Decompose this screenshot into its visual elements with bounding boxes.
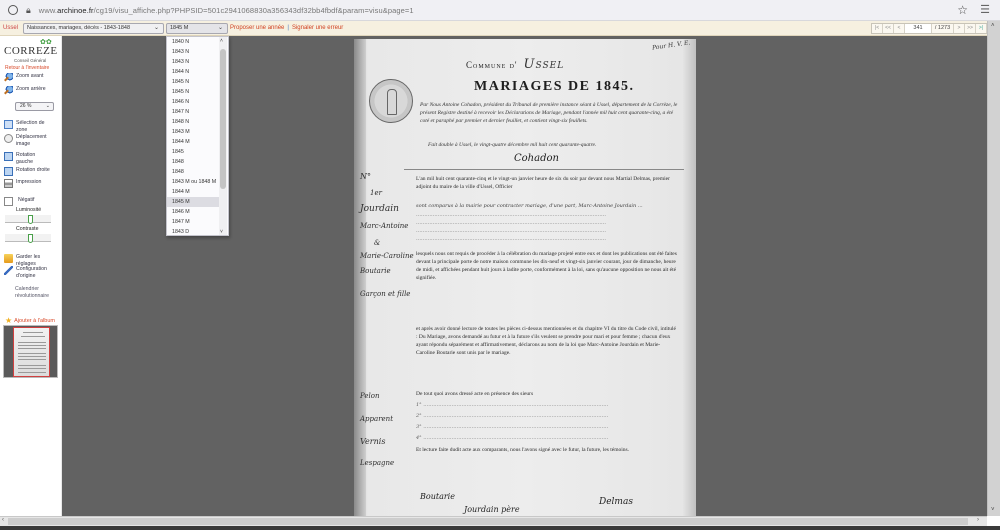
year-option[interactable]: 1848 <box>167 157 220 167</box>
year-option[interactable]: 1844 N <box>167 67 220 77</box>
zoom-out-button[interactable]: Zoom arrière <box>4 86 46 95</box>
fonds-select[interactable]: Naissances, mariages, décès - 1843-1848 … <box>23 23 164 34</box>
negative-toggle[interactable]: Négatif <box>4 197 34 206</box>
zoom-in-button[interactable]: Zoom avant <box>4 73 43 82</box>
taskbar-strip <box>0 526 1000 530</box>
fast-forward-button[interactable]: >> <box>965 24 976 33</box>
year-option[interactable]: 1843 D <box>167 227 220 236</box>
next-page-button[interactable]: > <box>954 24 965 33</box>
brightness-slider-handle[interactable] <box>28 215 33 224</box>
hand-move-icon <box>4 134 13 143</box>
year-option[interactable]: 1845 N <box>167 77 220 87</box>
page-total: / 1273 <box>932 24 954 33</box>
page-thumbnail[interactable] <box>3 325 58 378</box>
scanned-register-page: Pour H. V. E. Commune d'Ussel MARIAGES D… <box>354 39 696 516</box>
rotate-right-icon <box>4 167 13 176</box>
year-select-value: 1845 M <box>170 25 188 31</box>
zoom-level-select[interactable]: 26 % ⌄ <box>15 102 54 111</box>
rotate-left-icon <box>4 152 13 161</box>
margin-note: Boutarie <box>360 267 391 275</box>
year-option[interactable]: 1847 M <box>167 217 220 227</box>
year-option[interactable]: 1844 M <box>167 137 220 147</box>
fonds-select-value: Naissances, mariages, décès - 1843-1848 <box>27 25 130 31</box>
year-option[interactable]: 1845 N <box>167 87 220 97</box>
negative-label: Négatif <box>18 197 34 204</box>
add-to-album-button[interactable]: ★ Ajouter à l'album <box>5 316 55 325</box>
chevron-down-icon: ⌄ <box>46 103 50 110</box>
bottom-signature: Delmas <box>599 497 633 507</box>
margin-note: Jourdain <box>360 204 399 214</box>
dropdown-scrollbar[interactable]: ˄ ˅ <box>219 37 227 236</box>
year-select[interactable]: 1845 M ⌄ <box>166 23 228 34</box>
brightness-slider[interactable] <box>5 215 51 223</box>
brightness-label: Luminosité <box>16 207 41 213</box>
done-at-line: Fait double à Ussel, le vingt-quatre déc… <box>428 141 678 149</box>
commune-name: Ussel <box>524 57 565 72</box>
chevron-up-icon[interactable]: ˄ <box>220 38 223 44</box>
margin-note: Marc-Antoine <box>360 222 408 230</box>
prev-page-button[interactable]: < <box>894 24 905 33</box>
zoom-in-label: Zoom avant <box>16 73 43 80</box>
act-line: Et lecture faite dudit acte aux comparan… <box>416 446 678 454</box>
browser-address-bar: 🔒︎ www.archinoe.fr/cg19/visu_affiche.php… <box>0 0 1000 21</box>
checkbox[interactable] <box>4 197 13 206</box>
margin-note: & <box>374 239 380 247</box>
bookmark-star-icon[interactable]: ☆ <box>957 3 968 17</box>
chevron-down-icon[interactable]: ˅ <box>220 229 223 235</box>
witness-signature: Vernis <box>360 437 385 446</box>
commune-label: Ussel <box>3 25 18 31</box>
year-option[interactable]: 1848 <box>167 167 220 177</box>
propose-year-link[interactable]: Proposer une année <box>230 25 284 31</box>
year-option[interactable]: 1847 N <box>167 107 220 117</box>
reset-config-button[interactable]: Configuration d'origine <box>4 266 56 279</box>
last-page-button[interactable]: >| <box>976 24 987 33</box>
contrast-slider-handle[interactable] <box>28 234 33 243</box>
print-button[interactable]: Impression <box>4 179 41 188</box>
select-zone-label: Sélection de zone <box>16 120 50 133</box>
act-line: lesquels nous ont requis de procéder à l… <box>416 250 678 282</box>
reload-icon[interactable] <box>8 5 18 15</box>
logo-subtitle: Conseil Général <box>14 58 46 63</box>
lock-icon[interactable]: 🔒︎ <box>26 5 31 16</box>
link-separator: | <box>287 25 289 31</box>
scroll-right-icon[interactable]: › <box>977 517 979 523</box>
report-error-link[interactable]: Signaler une erreur <box>292 25 343 31</box>
year-option[interactable]: 1843 M ou 1848 M <box>167 177 220 187</box>
rotate-left-label: Rotation gauche <box>16 152 44 165</box>
move-image-label: Déplacement image <box>16 134 52 147</box>
zoom-out-label: Zoom arrière <box>16 86 46 93</box>
viewer-toolbar: Ussel Naissances, mariages, décès - 1843… <box>0 21 987 36</box>
magic-wand-icon <box>4 266 13 275</box>
logo-name: CORREZE <box>4 45 58 57</box>
tools-sidebar: ✿✿ CORREZE Conseil Général Retour à l'in… <box>0 36 62 516</box>
page-navigator: |< << < 341 / 1273 > >> >| <box>871 23 988 34</box>
president-signature: Cohadon <box>514 153 559 164</box>
star-icon: ★ <box>5 316 12 325</box>
page-number-input[interactable]: 341 <box>905 24 932 33</box>
year-option[interactable]: 1848 N <box>167 117 220 127</box>
witness-signature: Lespagne <box>360 459 394 467</box>
act-line: et après avoir donné lecture de toutes l… <box>416 325 678 357</box>
act-line: sont comparus à la mairie pour contracte… <box>416 202 678 210</box>
first-page-button[interactable]: |< <box>872 24 883 33</box>
revolutionary-calendar-link[interactable]: Calendrier révolutionnaire <box>15 286 59 299</box>
fast-back-button[interactable]: << <box>883 24 894 33</box>
toolbar-links: Proposer une année|Signaler une erreur <box>230 25 343 31</box>
tribunal-seal <box>369 79 413 123</box>
add-to-album-label: Ajouter à l'album <box>14 318 55 324</box>
horizontal-scroll-thumb[interactable] <box>8 518 968 525</box>
rotate-right-button[interactable]: Rotation droite <box>4 167 50 176</box>
register-title: MARIAGES DE 1845. <box>474 79 634 95</box>
act-line: L'an mil huit cent quarante-cinq et le v… <box>416 175 678 191</box>
year-option[interactable]: 1843 N <box>167 47 220 57</box>
commune-label: Commune d' <box>466 60 518 70</box>
act-number-label: N° <box>360 172 371 181</box>
folder-icon <box>4 254 13 263</box>
rotate-right-label: Rotation droite <box>16 167 50 174</box>
act-line: De tout quoi avons dressé acte en présen… <box>416 390 678 398</box>
thumbnail-page-preview <box>13 327 50 377</box>
year-dropdown-list[interactable]: 1840 N 1843 N 1843 N 1844 N 1845 N 1845 … <box>166 36 229 236</box>
contrast-label: Contraste <box>16 226 39 232</box>
year-option[interactable]: 1845 <box>167 147 220 157</box>
chevron-down-icon: ⌄ <box>218 24 223 33</box>
reset-config-label: Configuration d'origine <box>16 266 56 279</box>
commune-heading: Commune d'Ussel <box>466 57 564 72</box>
witness-signature: Pelon <box>360 392 380 400</box>
move-image-button[interactable]: Déplacement image <box>4 134 52 147</box>
witness-signature: Apparent <box>360 415 393 423</box>
contrast-slider[interactable] <box>5 234 51 242</box>
margin-note: 1er <box>370 189 382 197</box>
bottom-signature: Boutarie <box>420 492 455 501</box>
scroll-left-icon[interactable]: ‹ <box>2 517 4 523</box>
url-field[interactable]: www.archinoe.fr/cg19/visu_affiche.php?PH… <box>39 6 414 15</box>
dropdown-scroll-thumb[interactable] <box>220 49 226 189</box>
intro-paragraph: Par Nous Antoine Cohadon, président du T… <box>420 101 678 125</box>
back-to-inventory-link[interactable]: Retour à l'inventaire <box>5 65 49 71</box>
horizontal-scrollbar[interactable]: ‹ › <box>0 516 987 526</box>
scroll-down-icon[interactable]: ˅ <box>991 507 995 513</box>
year-option-selected[interactable]: 1845 M <box>167 197 220 207</box>
magnifier-icon <box>4 73 13 82</box>
year-option[interactable]: 1843 M <box>167 127 220 137</box>
zoom-level-value: 26 % <box>20 103 31 109</box>
chevron-down-icon: ⌄ <box>154 24 159 33</box>
year-option[interactable]: 1843 N <box>167 57 220 67</box>
vertical-scrollbar[interactable]: ˄ ˅ <box>987 21 1000 516</box>
browser-menu-icon[interactable]: ☰ <box>980 3 990 16</box>
year-option[interactable]: 1846 N <box>167 97 220 107</box>
scroll-up-icon[interactable]: ˄ <box>991 23 995 29</box>
margin-note: Marie-Caroline <box>360 252 414 260</box>
selection-icon <box>4 120 13 129</box>
printer-icon <box>4 179 13 188</box>
year-option[interactable]: 1846 M <box>167 207 220 217</box>
print-label: Impression <box>16 179 41 186</box>
corner-annotation: Pour H. V. E. <box>651 39 690 51</box>
margin-note: Garçon et fille <box>360 290 410 298</box>
rotate-left-button[interactable]: Rotation gauche <box>4 152 44 165</box>
bottom-signature: Jourdain père <box>464 505 520 514</box>
year-option[interactable]: 1844 M <box>167 187 220 197</box>
select-zone-button[interactable]: Sélection de zone <box>4 120 50 133</box>
year-option[interactable]: 1840 N <box>167 37 220 47</box>
magnifier-icon <box>4 86 13 95</box>
header-rule <box>404 169 684 170</box>
